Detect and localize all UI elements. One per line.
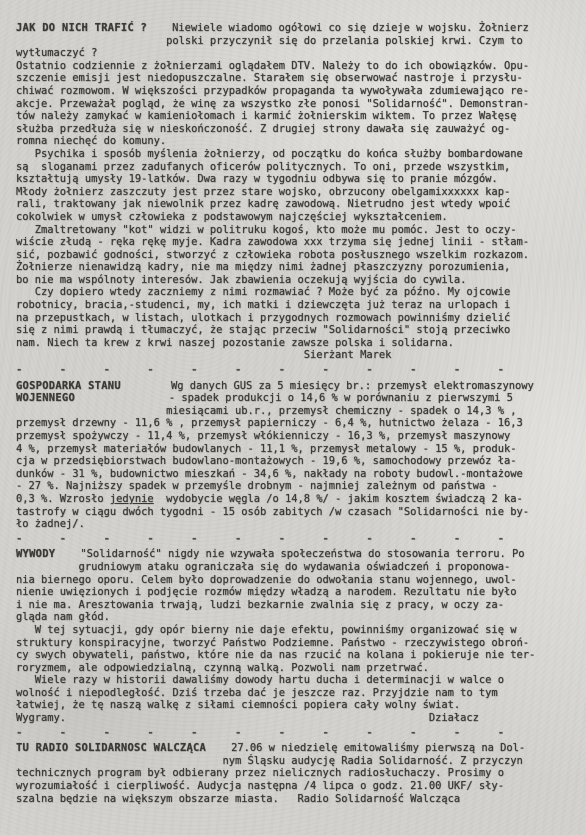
section-economy-body-2a: - spadek produkcji o 14,6 % w porównaniu…	[16, 392, 523, 505]
section-commentary-signature: Działacz	[429, 712, 479, 724]
section-economy-underlined-word: jedynie	[110, 493, 154, 505]
section-army: JAK DO NICH TRAFIĆ ? Niewiele wiadomo og…	[16, 22, 568, 362]
section-radio-text: TU RADIO SOLIDARNOSC WALCZĄCA 27.06 w ni…	[16, 742, 568, 805]
section-army-text: JAK DO NICH TRAFIĆ ? Niewiele wiadomo og…	[16, 22, 568, 362]
section-radio-signature: Radio Solidarność Walcząca	[298, 793, 461, 805]
section-commentary-heading: WYWODY	[16, 548, 55, 560]
section-divider: - - - - - - - - - - - -	[16, 727, 568, 740]
section-commentary-text: WYWODY "Solidarność" nigdy nie wzywała s…	[16, 548, 568, 724]
section-economy-text: GOSPODARKA STANU Wg danych GUS za 5 mies…	[16, 380, 568, 531]
scanned-page: JAK DO NICH TRAFIĆ ? Niewiele wiadomo og…	[0, 0, 586, 835]
section-army-body: Niewiele wiadomo ogółowi co się dzieje w…	[16, 22, 529, 361]
section-economy-body-1: Wg danych GUS za 5 miesięcy br.: przemys…	[121, 380, 534, 392]
section-radio-heading: TU RADIO SOLIDARNOSC WALCZĄCA	[16, 742, 206, 754]
section-economy-heading-line2: WOJENNEGO	[16, 392, 75, 404]
section-divider: - - - - - - - - - - - -	[16, 533, 568, 546]
section-commentary: WYWODY "Solidarność" nigdy nie wzywała s…	[16, 548, 568, 724]
section-army-signature: Sierżant Marek	[304, 349, 392, 361]
section-army-heading: JAK DO NICH TRAFIĆ ?	[16, 22, 147, 34]
section-economy-heading: GOSPODARKA STANU	[16, 380, 121, 392]
section-radio: TU RADIO SOLIDARNOSC WALCZĄCA 27.06 w ni…	[16, 742, 568, 805]
section-divider: - - - - - - - - - - - -	[16, 364, 568, 377]
section-commentary-body: "Solidarność" nigdy nie wzywała społecze…	[16, 548, 535, 724]
section-economy: GOSPODARKA STANU Wg danych GUS za 5 mies…	[16, 380, 568, 531]
